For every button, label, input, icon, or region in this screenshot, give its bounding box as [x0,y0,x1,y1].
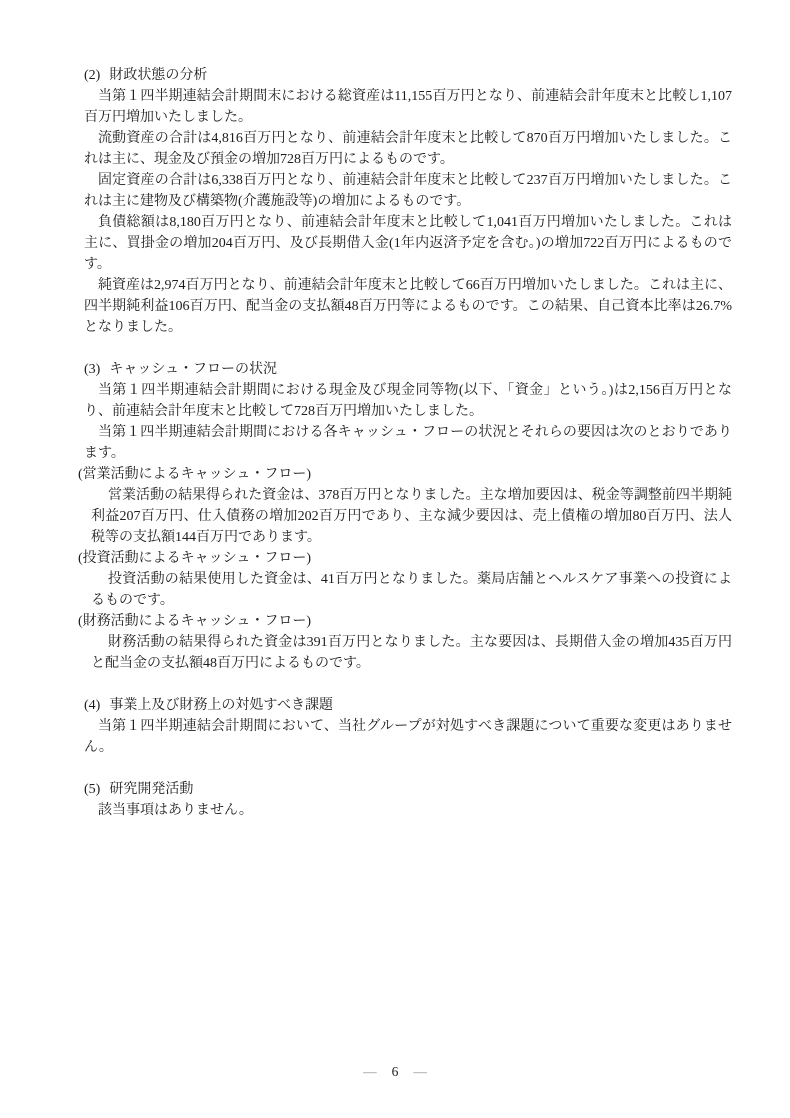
section-title: 財政状態の分析 [109,65,207,86]
section-label: (4) [84,695,100,716]
paragraph: 営業活動の結果得られた資金は、378百万円となりました。主な増加要因は、税金等調… [91,485,732,548]
paragraph: 固定資産の合計は6,338百万円となり、前連結会計年度末と比較して237百万円増… [84,170,732,212]
paragraph: 当第１四半期連結会計期間末における総資産は11,155百万円となり、前連結会計年… [84,86,732,128]
footer-dash-left: ― [363,1064,377,1079]
section-financial-position: (2)財政状態の分析 当第１四半期連結会計期間末における総資産は11,155百万… [84,65,732,338]
subsection-heading: (財務活動によるキャッシュ・フロー) [78,611,732,632]
section-label: (2) [84,65,100,86]
section-label: (5) [84,779,100,800]
section-heading: (2)財政状態の分析 [84,65,732,86]
section-cash-flow: (3)キャッシュ・フローの状況 当第１四半期連結会計期間における現金及び現金同等… [84,359,732,674]
document-page: (2)財政状態の分析 当第１四半期連結会計期間末における総資産は11,155百万… [0,0,790,1118]
section-title: 研究開発活動 [109,779,193,800]
subsection-investing-cash-flow: (投資活動によるキャッシュ・フロー) 投資活動の結果使用した資金は、41百万円と… [84,548,732,611]
paragraph: 純資産は2,974百万円となり、前連結会計年度末と比較して66百万円増加いたしま… [84,275,732,338]
paragraph: 当第１四半期連結会計期間における現金及び現金同等物(以下、「資金」という。)は2… [84,380,732,422]
section-title: 事業上及び財務上の対処すべき課題 [109,695,333,716]
subsection-heading: (営業活動によるキャッシュ・フロー) [78,464,732,485]
section-business-issues: (4)事業上及び財務上の対処すべき課題 当第１四半期連結会計期間において、当社グ… [84,695,732,758]
section-heading: (5)研究開発活動 [84,779,732,800]
section-title: キャッシュ・フローの状況 [109,359,277,380]
paragraph: 該当事項はありません。 [84,800,732,821]
paragraph: 財務活動の結果得られた資金は391百万円となりました。主な要因は、長期借入金の増… [91,632,732,674]
paragraph: 流動資産の合計は4,816百万円となり、前連結会計年度末と比較して870百万円増… [84,128,732,170]
subsection-operating-cash-flow: (営業活動によるキャッシュ・フロー) 営業活動の結果得られた資金は、378百万円… [84,464,732,548]
paragraph: 負債総額は8,180百万円となり、前連結会計年度末と比較して1,041百万円増加… [84,212,732,275]
section-label: (3) [84,359,100,380]
page-footer: ―6― [0,1061,790,1082]
subsection-financing-cash-flow: (財務活動によるキャッシュ・フロー) 財務活動の結果得られた資金は391百万円と… [84,611,732,674]
paragraph: 投資活動の結果使用した資金は、41百万円となりました。薬局店舗とヘルスケア事業へ… [91,569,732,611]
section-heading: (3)キャッシュ・フローの状況 [84,359,732,380]
paragraph: 当第１四半期連結会計期間において、当社グループが対処すべき課題について重要な変更… [84,716,732,758]
subsection-heading: (投資活動によるキャッシュ・フロー) [78,548,732,569]
page-number: 6 [392,1061,399,1082]
section-research-development: (5)研究開発活動 該当事項はありません。 [84,779,732,821]
footer-dash-right: ― [413,1064,427,1079]
paragraph: 当第１四半期連結会計期間における各キャッシュ・フローの状況とそれらの要因は次のと… [84,422,732,464]
section-heading: (4)事業上及び財務上の対処すべき課題 [84,695,732,716]
